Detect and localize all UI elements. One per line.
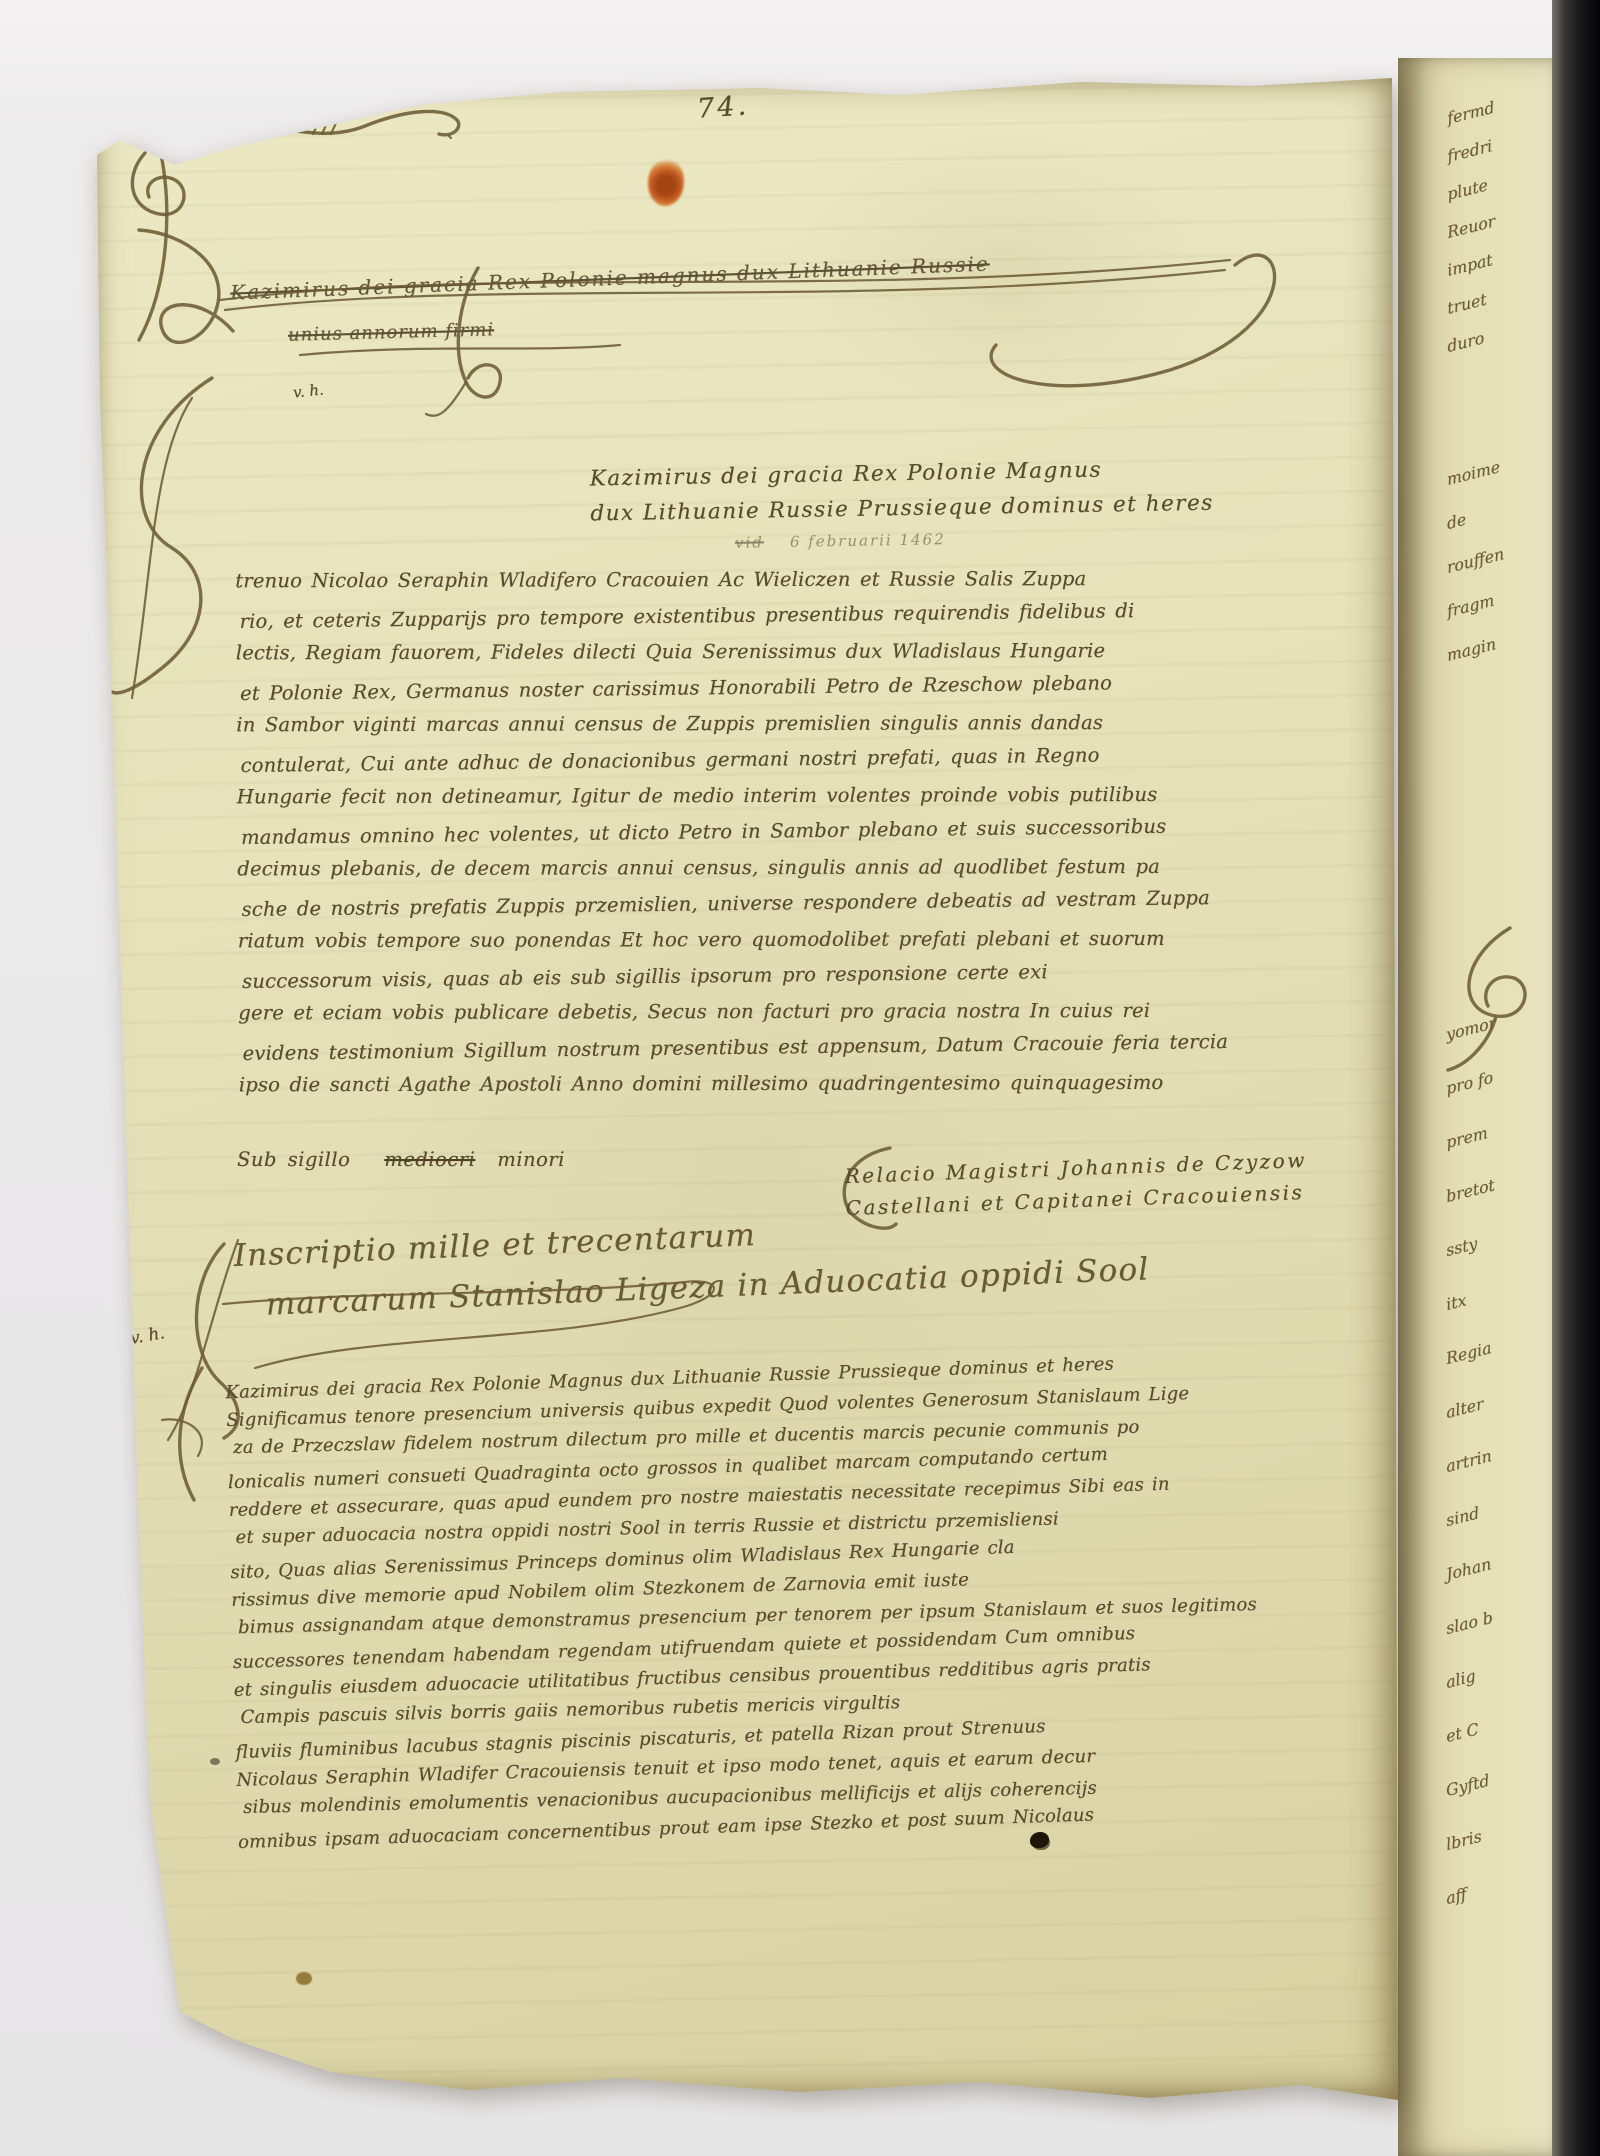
sub-sigillo-struck-word: mediocri — [384, 1148, 475, 1171]
text-fragment: aff — [1442, 1860, 1499, 1926]
charter-2-initial-flourish — [142, 1360, 232, 1510]
archival-date-note: vid6 februarii 1462 — [735, 530, 946, 552]
ink-speck — [210, 1758, 220, 1765]
charter-2-text-block: Kazimirus dei gracia Rex Polonie Magnus … — [225, 1348, 1257, 1856]
ink-blot — [1030, 1832, 1049, 1848]
facing-page-edge: fermdfredripluteReuorimpattruetduro moim… — [1398, 58, 1558, 2156]
charter-1-line: ipso die sancti Agathe Apostoli Anno dom… — [239, 1065, 1225, 1104]
sub-sigillo-prefix: Sub sigillo — [237, 1148, 350, 1171]
margin-mark-first: v. h. — [292, 380, 324, 401]
facing-page-text-cluster-top: fermdfredripluteReuorimpattruetduro — [1450, 100, 1499, 366]
manuscript-page: 74 74. Kazimirus dei gracia Rex Polonie … — [85, 70, 1400, 2100]
brown-spot — [296, 1972, 312, 1985]
folio-number-corner: 74 — [121, 96, 159, 131]
royal-intitulatio: Kazimirus dei gracia Rex Polonie Magnus … — [589, 451, 1214, 532]
sub-sigillo-line: Sub sigillomediocriminori — [237, 1148, 565, 1171]
facing-page-text-cluster-bottom: yomorpro foprembretotsstyitxRegiaalterar… — [1450, 1008, 1501, 1926]
margin-initial-s-flourish — [92, 368, 252, 728]
manuscript-scan: fermdfredripluteReuorimpattruetduro moim… — [0, 0, 1600, 2156]
wax-stain — [648, 160, 684, 206]
center-initial-flourish — [408, 262, 518, 432]
date-note-struck: vid — [735, 533, 764, 552]
facing-page-text-cluster-mid: moimederouffenfragmmagin — [1450, 458, 1509, 678]
charter-1-text-block: trenuo Nicolao Seraphin Wladifero Cracou… — [235, 559, 1224, 1106]
folio-number-center: 74. — [696, 90, 750, 125]
parchment-surface: 74 74. Kazimirus dei gracia Rex Polonie … — [85, 70, 1400, 2100]
book-binding-strip — [1552, 0, 1600, 2156]
date-note-text: 6 februarii 1462 — [790, 530, 946, 551]
sub-sigillo-suffix: minori — [497, 1148, 565, 1171]
